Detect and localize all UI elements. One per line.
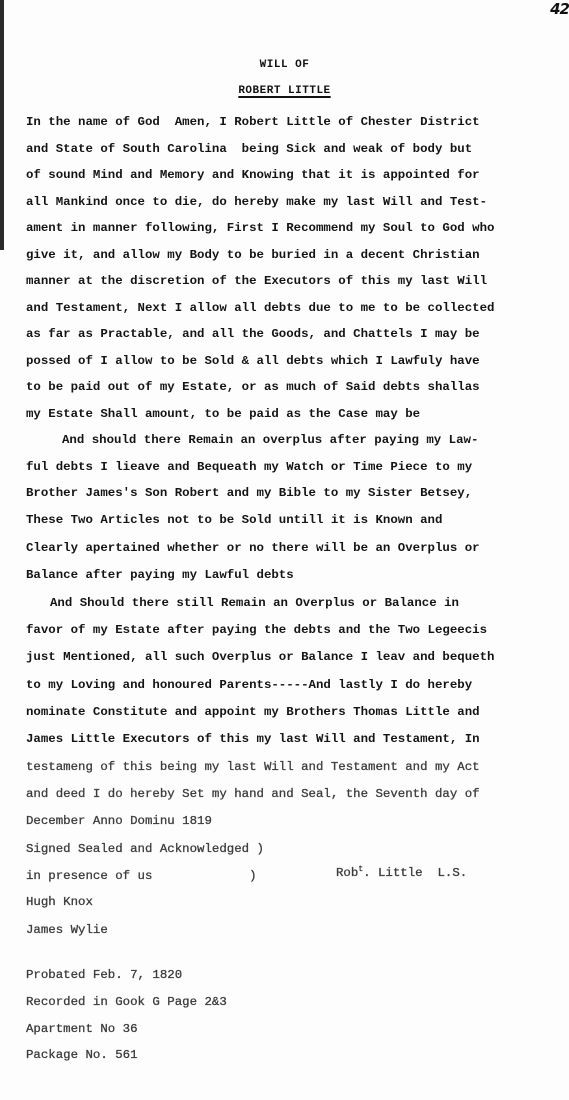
- body-line: favor of my Estate after paying the debt…: [26, 622, 487, 638]
- body-line: Brother James's Son Robert and my Bible …: [26, 485, 472, 501]
- body-line: ful debts I lieave and Bequeath my Watch…: [26, 459, 472, 475]
- testator-signature: Robt. Little L.S.: [336, 862, 467, 881]
- signature-name-prefix: Rob: [336, 866, 358, 880]
- body-line: to my Loving and honoured Parents-----An…: [26, 677, 472, 693]
- body-line: to be paid out of my Estate, or as much …: [26, 379, 480, 395]
- body-line: Clearly apertained whether or no there w…: [26, 540, 480, 556]
- body-line: and Testament, Next I allow all debts du…: [26, 300, 494, 316]
- document-page: 42 WILL OF ROBERT LITTLE In the name of …: [0, 0, 569, 1100]
- body-line: as far as Practable, and all the Goods, …: [26, 326, 480, 342]
- body-line: just Mentioned, all such Overplus or Bal…: [26, 649, 494, 665]
- body-line: nominate Constitute and appoint my Broth…: [26, 704, 480, 720]
- document-title: WILL OF: [0, 59, 569, 71]
- body-line: of sound Mind and Memory and Knowing tha…: [26, 167, 480, 183]
- body-line: James Little Executors of this my last W…: [26, 731, 480, 747]
- body-line: ament in manner following, First I Recom…: [26, 220, 494, 236]
- testator-name-heading: ROBERT LITTLE: [0, 85, 569, 97]
- body-line: give it, and allow my Body to be buried …: [26, 247, 480, 263]
- record-probated: Probated Feb. 7, 1820: [26, 967, 182, 983]
- attestation-line: Signed Sealed and Acknowledged ): [26, 841, 264, 857]
- scan-edge-shadow: [0, 0, 4, 250]
- record-package: Package No. 561: [26, 1047, 138, 1063]
- witness-name: Hugh Knox: [26, 894, 93, 910]
- body-line: And should there Remain an overplus afte…: [62, 432, 478, 448]
- attestation-line: in presence of us ): [26, 868, 257, 884]
- body-line: These Two Articles not to be Sold untill…: [26, 512, 442, 528]
- body-line: manner at the discretion of the Executor…: [26, 273, 487, 289]
- page-number: 42: [550, 0, 569, 18]
- body-line: And Should there still Remain an Overplu…: [50, 595, 459, 611]
- witness-name: James Wylie: [26, 922, 108, 938]
- body-line: testameng of this being my last Will and…: [26, 759, 480, 775]
- record-apartment: Apartment No 36: [26, 1021, 138, 1037]
- signature-name-suffix: . Little L.S.: [363, 866, 467, 880]
- body-line: and State of South Carolina being Sick a…: [26, 141, 472, 157]
- body-line: possed of I allow to be Sold & all debts…: [26, 353, 480, 369]
- body-line: my Estate Shall amount, to be paid as th…: [26, 406, 420, 422]
- body-line: all Mankind once to die, do hereby make …: [26, 194, 487, 210]
- record-recorded: Recorded in Gook G Page 2&3: [26, 994, 227, 1010]
- body-line: Balance after paying my Lawful debts: [26, 567, 294, 583]
- body-line: In the name of God Amen, I Robert Little…: [26, 114, 480, 130]
- date-line: December Anno Dominu 1819: [26, 813, 212, 829]
- body-line: and deed I do hereby Set my hand and Sea…: [26, 786, 480, 802]
